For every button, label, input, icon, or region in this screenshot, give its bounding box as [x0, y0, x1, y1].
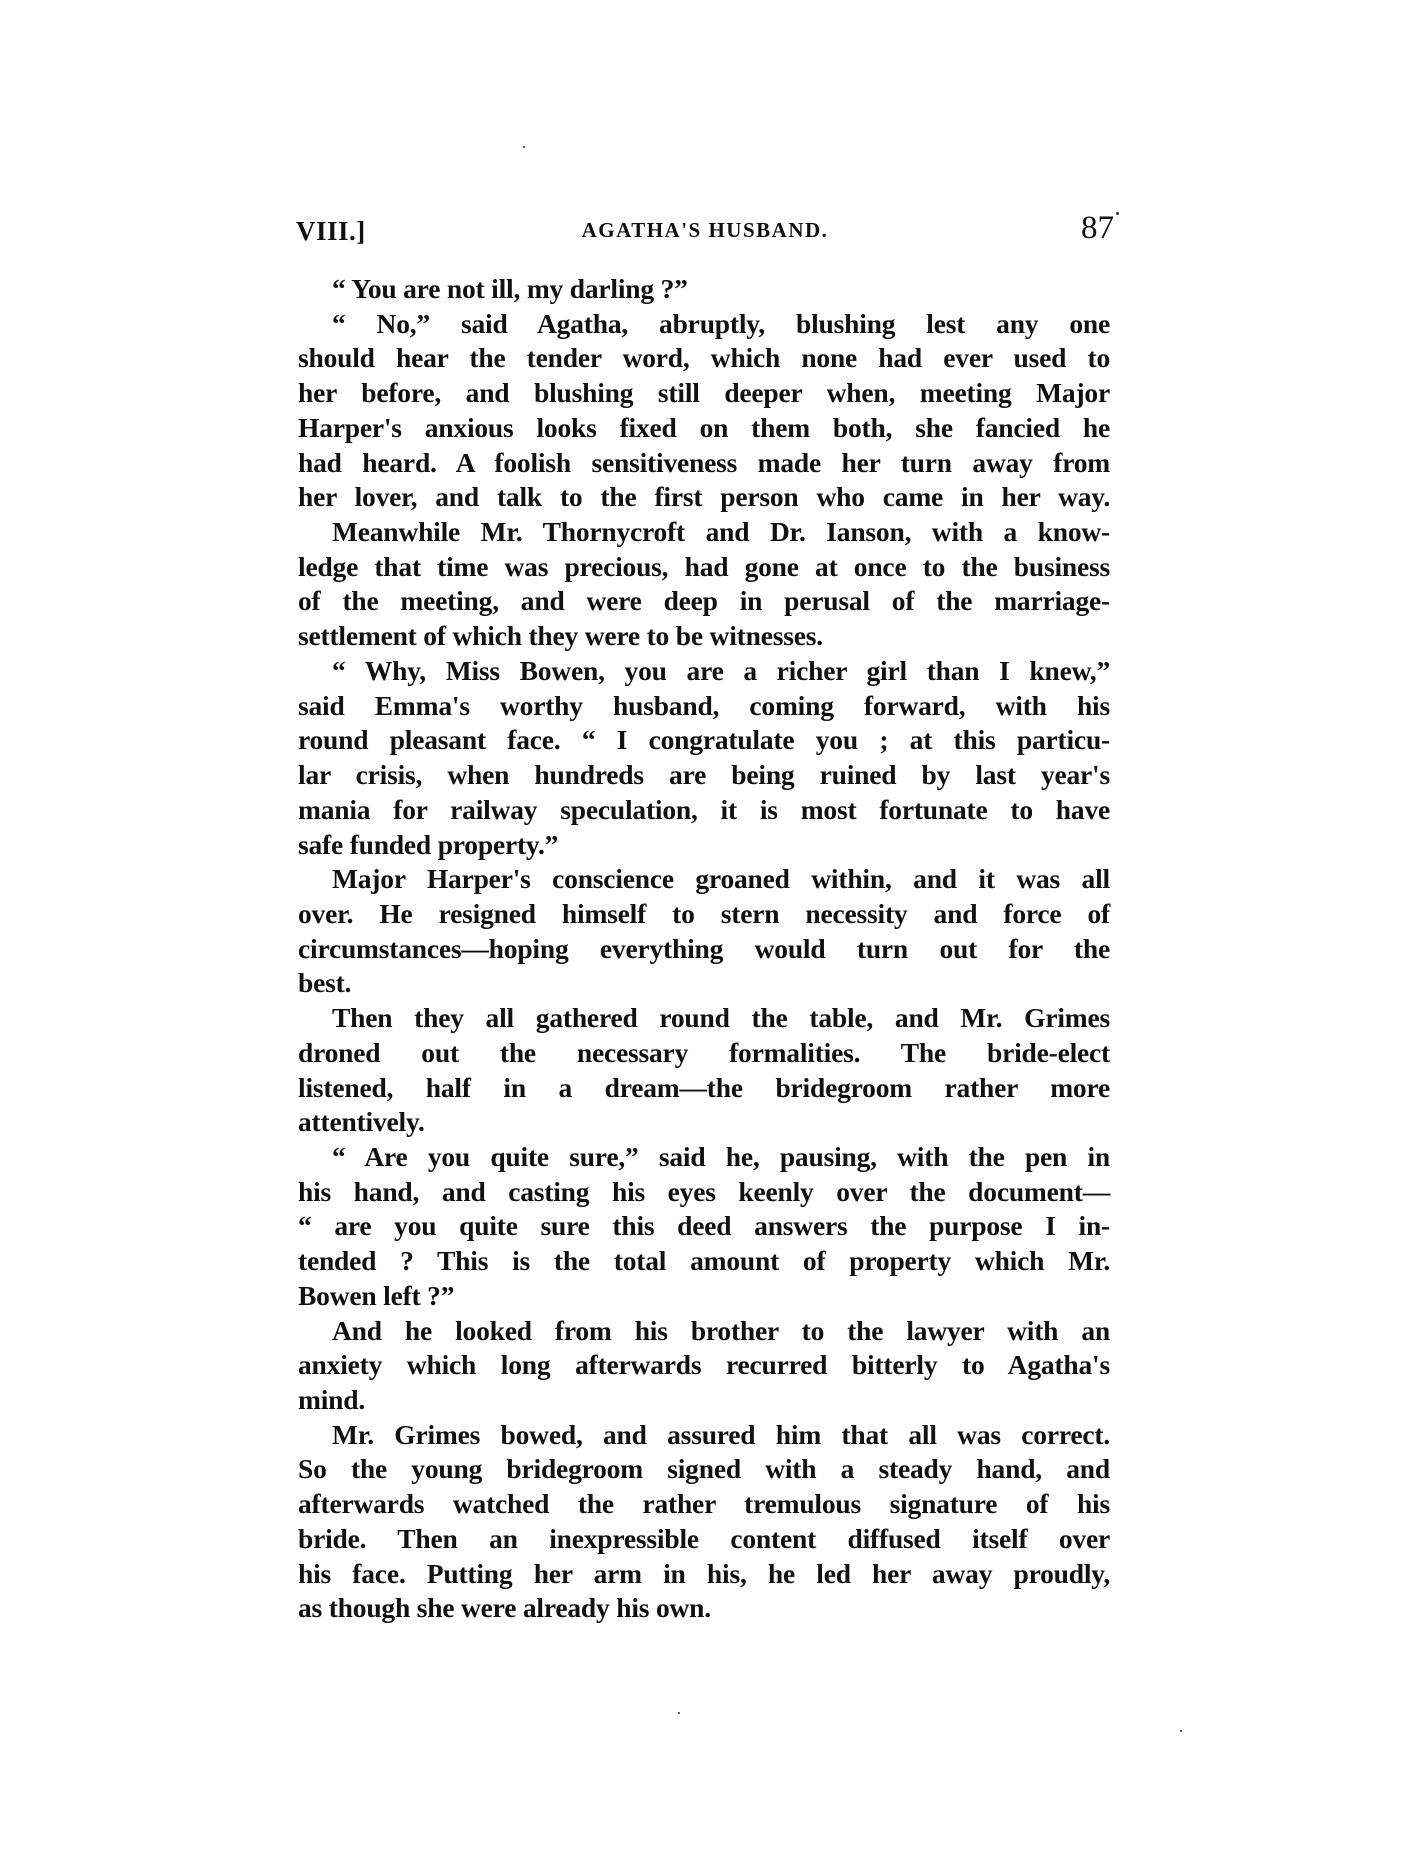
- text-line: should hear the tender word, which none …: [298, 341, 1110, 376]
- scan-speck: [1116, 212, 1119, 215]
- text-line: as though she were already his own.: [298, 1591, 1110, 1626]
- book-page: VIII.] AGATHA'S HUSBAND. 87 “ You are no…: [0, 0, 1401, 1851]
- text-line: “ are you quite sure this deed answers t…: [298, 1209, 1110, 1244]
- text-line: round pleasant face. “ I congratulate yo…: [298, 723, 1110, 758]
- text-line: settlement of which they were to be witn…: [298, 619, 1110, 654]
- text-line: Mr. Grimes bowed, and assured him that a…: [298, 1418, 1110, 1453]
- running-head: VIII.] AGATHA'S HUSBAND. 87: [296, 216, 1114, 256]
- text-line: had heard. A foolish sensitiveness made …: [298, 446, 1110, 481]
- text-line: “ Why, Miss Bowen, you are a richer girl…: [298, 654, 1110, 689]
- text-line: her before, and blushing still deeper wh…: [298, 376, 1110, 411]
- text-line: “ No,” said Agatha, abruptly, blushing l…: [298, 307, 1110, 342]
- running-title: AGATHA'S HUSBAND.: [296, 218, 1114, 243]
- text-line: “ Are you quite sure,” said he, pausing,…: [298, 1140, 1110, 1175]
- text-line: bride. Then an inexpressible content dif…: [298, 1522, 1110, 1557]
- text-line: droned out the necessary formalities. Th…: [298, 1036, 1110, 1071]
- text-line: best.: [298, 966, 1110, 1001]
- text-line: of the meeting, and were deep in perusal…: [298, 584, 1110, 619]
- text-line: mind.: [298, 1383, 1110, 1418]
- text-line: Major Harper's conscience groaned within…: [298, 862, 1110, 897]
- text-line: And he looked from his brother to the la…: [298, 1314, 1110, 1349]
- text-line: said Emma's worthy husband, coming forwa…: [298, 689, 1110, 724]
- text-line: her lover, and talk to the first person …: [298, 480, 1110, 515]
- text-line: his hand, and casting his eyes keenly ov…: [298, 1175, 1110, 1210]
- text-line: Harper's anxious looks fixed on them bot…: [298, 411, 1110, 446]
- text-line: Bowen left ?”: [298, 1279, 1110, 1314]
- text-line: his face. Putting her arm in his, he led…: [298, 1557, 1110, 1592]
- scan-speck: [678, 1712, 680, 1714]
- text-line: ledge that time was precious, had gone a…: [298, 550, 1110, 585]
- scan-speck: [1180, 1730, 1182, 1732]
- text-line: safe funded property.”: [298, 828, 1110, 863]
- text-line: circumstances—hoping everything would tu…: [298, 932, 1110, 967]
- text-line: over. He resigned himself to stern neces…: [298, 897, 1110, 932]
- text-line: So the young bridegroom signed with a st…: [298, 1452, 1110, 1487]
- text-line: listened, half in a dream—the bridegroom…: [298, 1071, 1110, 1106]
- text-line: Then they all gathered round the table, …: [298, 1001, 1110, 1036]
- text-line: Meanwhile Mr. Thornycroft and Dr. Ianson…: [298, 515, 1110, 550]
- text-line: anxiety which long afterwards recurred b…: [298, 1348, 1110, 1383]
- text-line: tended ? This is the total amount of pro…: [298, 1244, 1110, 1279]
- scan-speck: [523, 146, 525, 148]
- page-number: 87: [1081, 210, 1114, 247]
- body-text: “ You are not ill, my darling ?”“ No,” s…: [298, 272, 1110, 1626]
- text-line: afterwards watched the rather tremulous …: [298, 1487, 1110, 1522]
- text-line: “ You are not ill, my darling ?”: [298, 272, 1110, 307]
- text-line: lar crisis, when hundreds are being ruin…: [298, 758, 1110, 793]
- text-line: attentively.: [298, 1105, 1110, 1140]
- text-line: mania for railway speculation, it is mos…: [298, 793, 1110, 828]
